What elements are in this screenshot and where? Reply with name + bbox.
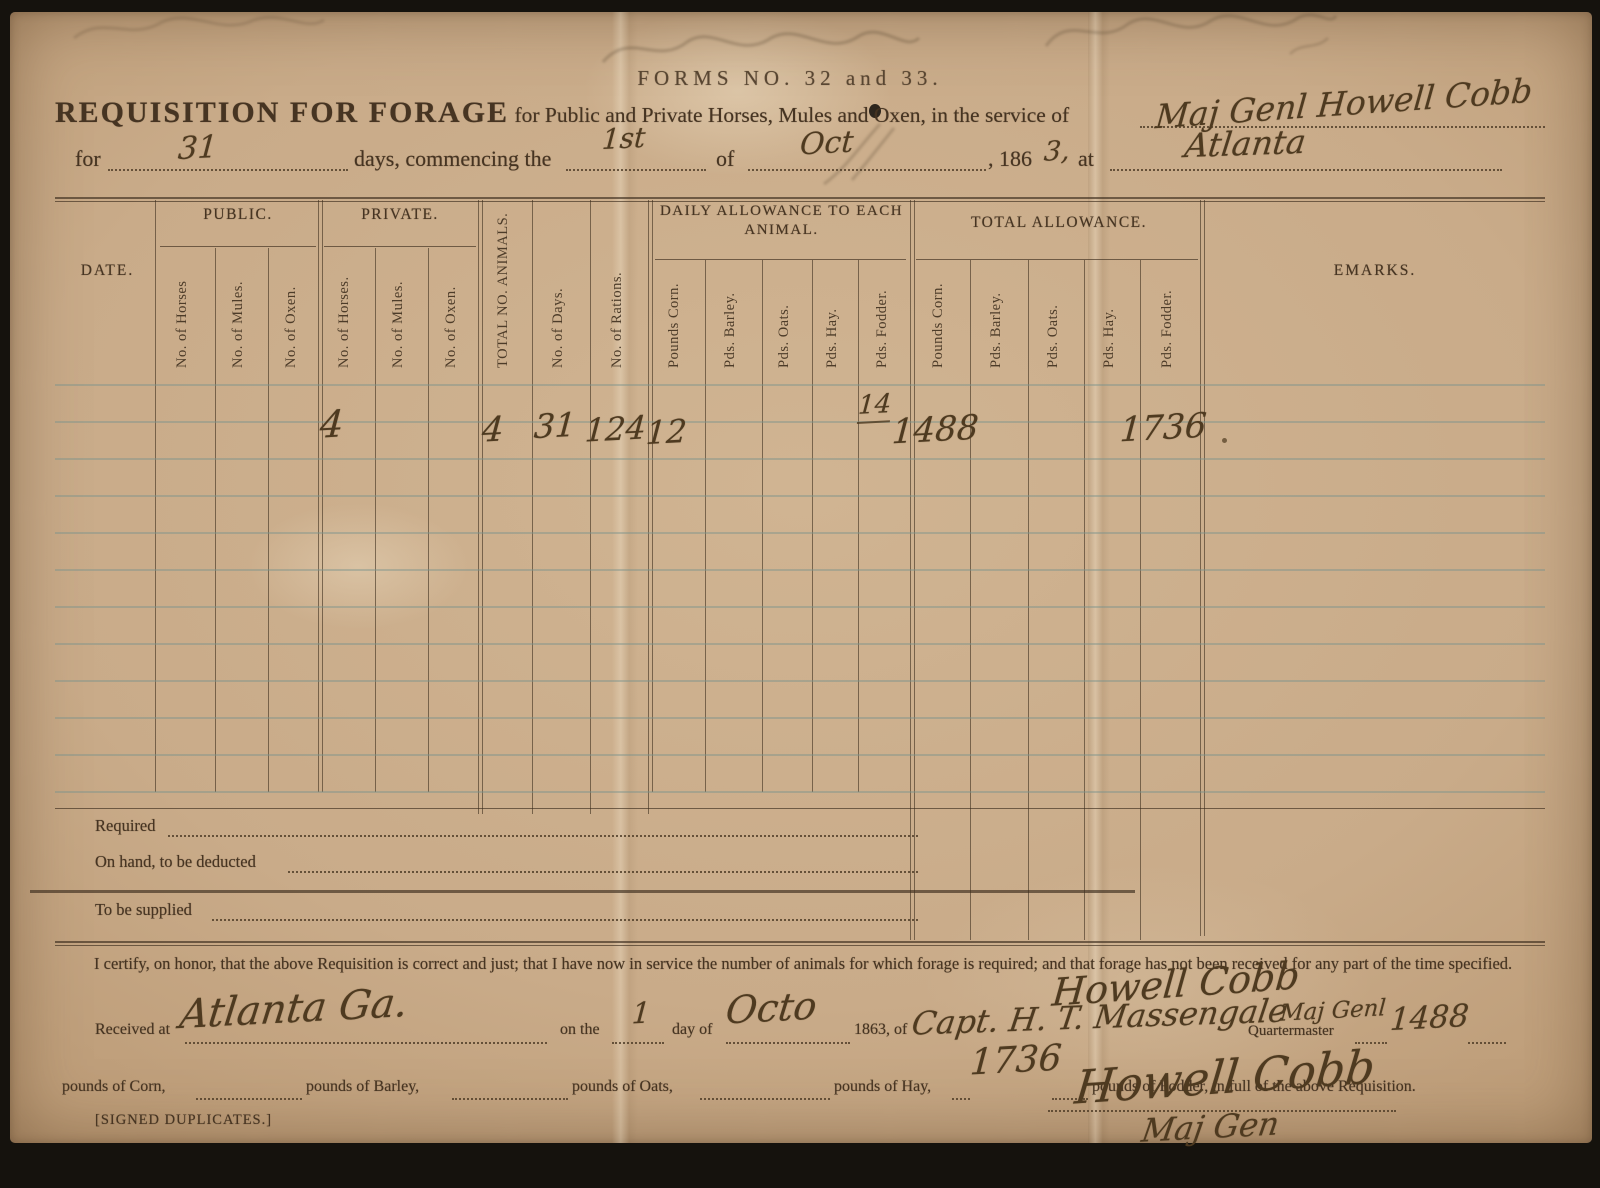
col-header-remarks: EMARKS. (1205, 262, 1545, 280)
ruled-line (55, 754, 1545, 756)
table-horizontal-rule (160, 246, 316, 247)
dotted-leader (612, 1040, 664, 1044)
table-column-rule (858, 260, 859, 792)
title-line: REQUISITION FOR FORAGE for Public and Pr… (55, 96, 1069, 130)
received-month-value: Octo (723, 983, 819, 1032)
ruled-line (55, 458, 1545, 460)
ruled-line (55, 495, 1545, 497)
signed-duplicates-label: [SIGNED DUPLICATES.] (95, 1112, 272, 1129)
quartermaster-label: Quartermaster (1248, 1023, 1334, 1040)
col-total-oats: Pds. Oats. (1045, 252, 1062, 368)
col-private-mules: No. of Mules. (390, 250, 407, 368)
col-public-oxen: No. of Oxen. (283, 250, 300, 368)
col-daily-hay: Pds. Hay. (824, 252, 841, 368)
table-column-rule (532, 200, 533, 814)
certification-text: I certify, on honor, that the above Requ… (62, 952, 1542, 975)
table-column-rule (215, 248, 216, 792)
table-column-rule (648, 200, 649, 814)
dotted-leader (566, 167, 706, 171)
group-header-public: PUBLIC. (158, 206, 318, 224)
col-daily-corn: Pounds Corn. (666, 252, 683, 368)
dotted-leader (212, 917, 918, 921)
signature-howell-cobb: Howell Cobb (1072, 1039, 1377, 1114)
entry-total-animals: 4 (481, 409, 505, 450)
col-private-horses: No. of Horses. (336, 250, 353, 368)
table-horizontal-rule (55, 201, 1545, 202)
dotted-leader (726, 1040, 850, 1044)
entry-daily-fodder: 14 (857, 389, 892, 424)
table-column-rule (1140, 260, 1141, 940)
dotted-leader (196, 1096, 302, 1100)
ink-dot (1222, 438, 1227, 443)
col-total-corn: Pounds Corn. (930, 252, 947, 368)
group-header-daily-allowance-2: ANIMAL. (655, 222, 908, 239)
place-value: Atlanta (1183, 122, 1309, 165)
ruled-line (55, 606, 1545, 608)
title-tail: for Public and Private Horses, Mules and… (514, 103, 1069, 127)
table-horizontal-rule (916, 259, 1198, 260)
dotted-leader (108, 167, 348, 171)
signature-rank: Maj Gen (1139, 1104, 1282, 1150)
ruled-line (55, 680, 1545, 682)
dotted-leader (952, 1096, 970, 1100)
received-place-value: Atlanta Ga. (177, 980, 410, 1038)
pounds-oats-label: pounds of Oats, (572, 1078, 673, 1096)
pounds-barley-label: pounds of Barley, (306, 1078, 419, 1096)
table-column-rule (1204, 200, 1205, 936)
table-column-rule (970, 260, 971, 940)
entry-rations: 124 (584, 408, 648, 449)
received-at-label: Received at (95, 1021, 170, 1039)
on-the-label: on the (560, 1021, 600, 1039)
dotted-leader (700, 1096, 830, 1100)
ruled-line (55, 421, 1545, 423)
entry-days: 31 (533, 405, 578, 446)
ruled-line (55, 532, 1545, 534)
of-year-label: 1863, of (854, 1021, 907, 1039)
forms-line: FORMS NO. 32 and 33. (560, 66, 1020, 91)
col-days: No. of Days. (550, 258, 567, 368)
at-label: at (1078, 146, 1094, 172)
table-horizontal-rule (55, 197, 1545, 199)
dotted-leader (168, 833, 918, 837)
pounds-corn-label: pounds of Corn, (62, 1078, 166, 1096)
summary-required: Required (95, 816, 155, 836)
fodder-amount-value: 1736 (969, 1037, 1063, 1083)
ruled-line (55, 384, 1545, 386)
col-daily-fodder: Pds. Fodder. (874, 252, 891, 368)
for-label: for (75, 146, 101, 172)
table-horizontal-rule (55, 941, 1545, 943)
table-horizontal-rule (655, 259, 906, 260)
dotted-leader (452, 1096, 568, 1100)
day-value: 1st (601, 121, 647, 156)
dotted-leader (1468, 1040, 1506, 1044)
table-column-rule (482, 200, 483, 814)
day-of-label: day of (672, 1021, 712, 1039)
col-total-animals: TOTAL NO. ANIMALS. (495, 208, 512, 368)
dotted-leader (1110, 167, 1502, 171)
ruled-line (55, 643, 1545, 645)
table-column-rule (705, 260, 706, 792)
table-column-rule (1028, 260, 1029, 940)
summary-on-hand: On hand, to be deducted (95, 852, 256, 872)
col-public-mules: No. of Mules. (230, 250, 247, 368)
dotted-leader (288, 869, 918, 873)
col-daily-barley: Pds. Barley. (722, 252, 739, 368)
ruled-line (55, 791, 1545, 793)
month-value: Oct (799, 125, 855, 163)
col-rations: No. of Rations. (609, 240, 626, 368)
col-private-oxen: No. of Oxen. (443, 250, 460, 368)
table-column-rule (1084, 260, 1085, 940)
entry-total-fodder: 1736 (1119, 406, 1208, 451)
col-total-fodder: Pds. Fodder. (1159, 252, 1176, 368)
page-title: REQUISITION FOR FORAGE (55, 96, 509, 129)
year-prefix: , 186 (988, 146, 1032, 172)
received-corn-value: 1488 (1389, 998, 1470, 1038)
table-column-rule (1200, 200, 1201, 936)
group-header-total-allowance: TOTAL ALLOWANCE. (916, 214, 1202, 232)
ink-bleedthrough (70, 8, 330, 48)
table-column-rule (375, 248, 376, 792)
document-content: FORMS NO. 32 and 33. REQUISITION FOR FOR… (0, 0, 1600, 1188)
table-column-rule (812, 260, 813, 792)
pounds-hay-label: pounds of Hay, (834, 1078, 931, 1096)
dotted-leader (185, 1040, 547, 1044)
received-officer-value: Capt. H. T. Massengale (909, 991, 1290, 1042)
group-header-daily-allowance-1: DAILY ALLOWANCE TO EACH (655, 203, 908, 220)
ruled-line (55, 569, 1545, 571)
table-column-rule (268, 248, 269, 792)
ruled-line (55, 717, 1545, 719)
table-column-rule (478, 200, 479, 814)
of-label: of (716, 146, 734, 172)
col-total-hay: Pds. Hay. (1101, 252, 1118, 368)
ink-bleedthrough (1040, 2, 1340, 58)
col-header-date: DATE. (60, 262, 155, 280)
table-column-rule (428, 248, 429, 792)
table-horizontal-rule (55, 945, 1545, 946)
received-day-value: 1 (631, 995, 652, 1030)
entry-daily-corn: 12 (645, 412, 688, 452)
year-value: 3, (1043, 135, 1071, 168)
commencing-label: days, commencing the (354, 146, 551, 172)
entry-total-corn: 1488 (891, 408, 980, 453)
table-horizontal-rule (30, 890, 1135, 893)
col-daily-oats: Pds. Oats. (776, 252, 793, 368)
table-horizontal-rule (324, 246, 476, 247)
col-total-barley: Pds. Barley. (988, 252, 1005, 368)
scanned-document-photo: FORMS NO. 32 and 33. REQUISITION FOR FOR… (0, 0, 1600, 1188)
days-value: 31 (177, 129, 219, 167)
table-horizontal-rule (55, 808, 1545, 809)
table-column-rule (762, 260, 763, 792)
dotted-leader (748, 167, 986, 171)
col-public-horses: No. of Horses (174, 250, 191, 368)
entry-private-horses: 4 (319, 402, 346, 446)
summary-to-be-supplied: To be supplied (95, 900, 192, 920)
table-column-rule (590, 200, 591, 814)
group-header-private: PRIVATE. (322, 206, 478, 224)
